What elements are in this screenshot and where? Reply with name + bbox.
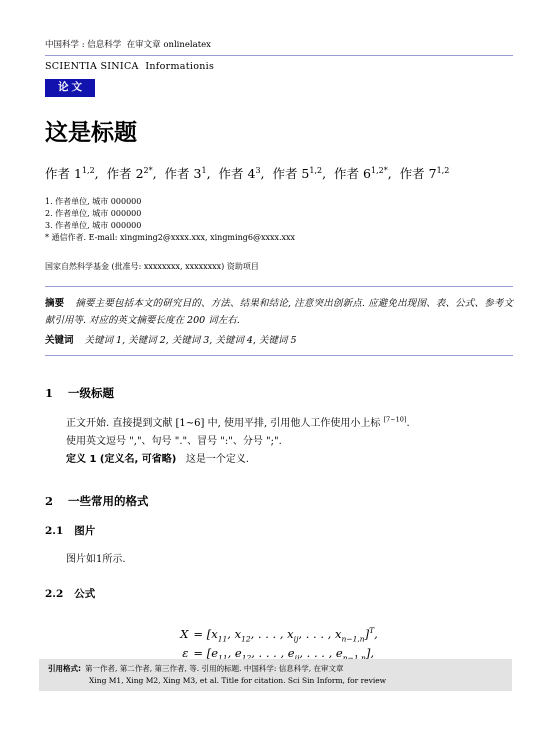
definition-paragraph: 定义 1 (定义名, 可省略) 这是一个定义.	[66, 451, 513, 469]
subsection-heading-2-1: 2.1图片	[45, 525, 513, 538]
section-number: 1	[45, 386, 53, 400]
abstract-bottom-rule	[45, 355, 513, 356]
affiliation-list: 1. 作者单位, 城市 000000 2. 作者单位, 城市 000000 3.…	[45, 196, 513, 244]
section-1-body: 正文开始. 直接提到文献 [1∼6] 中, 使用平排, 引用他人工作使用小上标 …	[45, 415, 513, 469]
equation-line: X= [x11, x12, . . . , xij, . . . , xn−1,…	[180, 627, 378, 646]
equation-rhs: = [x11, x12, . . . , xij, . . . , xn−1,n…	[193, 627, 377, 646]
abstract-top-rule	[45, 286, 513, 287]
citation-box: 引用格式:第一作者, 第二作者, 第三作者, 等. 引用的标题. 中国科学: 信…	[39, 659, 512, 691]
paper-type-badge: 论文	[45, 79, 95, 97]
subsection-title: 公式	[74, 588, 95, 600]
citation-label: 引用格式:	[48, 664, 81, 673]
equation-lhs: X	[180, 627, 193, 646]
affiliation-item: 3. 作者单位, 城市 000000	[45, 220, 513, 232]
subsection-title: 图片	[74, 525, 95, 537]
paragraph: 图片如1所示.	[66, 551, 513, 569]
section-number: 2	[45, 494, 53, 508]
paragraph: 正文开始. 直接提到文献 [1∼6] 中, 使用平排, 引用他人工作使用小上标 …	[66, 415, 513, 433]
citation-text-cn: 第一作者, 第二作者, 第三作者, 等. 引用的标题. 中国科学: 信息科学, …	[85, 664, 344, 673]
paper-page: 中国科学 : 信息科学 在审文章 onlinelatex SCIENTIA SI…	[0, 0, 558, 744]
abstract-text: 摘要主要包括本文的研究目的、方法、结果和结论, 注意突出创新点. 应避免出现图、…	[45, 298, 513, 326]
abstract-label: 摘要	[45, 298, 64, 309]
corresponding-author-note: * 通信作者. E-mail: xingming2@xxxx.xxx, xing…	[45, 232, 513, 244]
keywords-label: 关键词	[45, 335, 74, 346]
affiliation-item: 2. 作者单位, 城市 000000	[45, 208, 513, 220]
funding-note: 国家自然科学基金 (批准号: xxxxxxxx, xxxxxxxx) 资助项目	[45, 262, 513, 272]
citation-line-en: Xing M1, Xing M2, Xing M3, et al. Title …	[89, 675, 503, 687]
paper-title: 这是标题	[45, 120, 513, 147]
citation-line-cn: 引用格式:第一作者, 第二作者, 第三作者, 等. 引用的标题. 中国科学: 信…	[48, 663, 503, 675]
section-title: 一些常用的格式	[68, 494, 149, 508]
section-heading-2: 2一些常用的格式	[45, 494, 513, 508]
journal-title-cn: 中国科学 : 信息科学 在审文章 onlinelatex	[45, 40, 513, 50]
header-divider-rule	[45, 55, 513, 56]
subsection-number: 2.1	[45, 525, 63, 537]
affiliation-item: 1. 作者单位, 城市 000000	[45, 196, 513, 208]
journal-title-en: SCIENTIA SINICA Informationis	[45, 61, 513, 72]
keywords-block: 关键词关键词 1, 关键词 2, 关键词 3, 关键词 4, 关键词 5	[45, 333, 513, 348]
paragraph: 使用英文逗号 ","、句号 "."、冒号 ":"、分号 ";".	[66, 433, 513, 451]
keywords-text: 关键词 1, 关键词 2, 关键词 3, 关键词 4, 关键词 5	[85, 335, 297, 346]
section-heading-1: 1一级标题	[45, 386, 513, 400]
subsection-number: 2.2	[45, 588, 63, 600]
section-title: 一级标题	[68, 386, 114, 400]
authors-line: 作者 11,2, 作者 22*, 作者 31, 作者 43, 作者 51,2, …	[45, 163, 513, 181]
abstract-block: 摘要摘要主要包括本文的研究目的、方法、结果和结论, 注意突出创新点. 应避免出现…	[45, 296, 513, 329]
subsection-heading-2-2: 2.2公式	[45, 588, 513, 601]
